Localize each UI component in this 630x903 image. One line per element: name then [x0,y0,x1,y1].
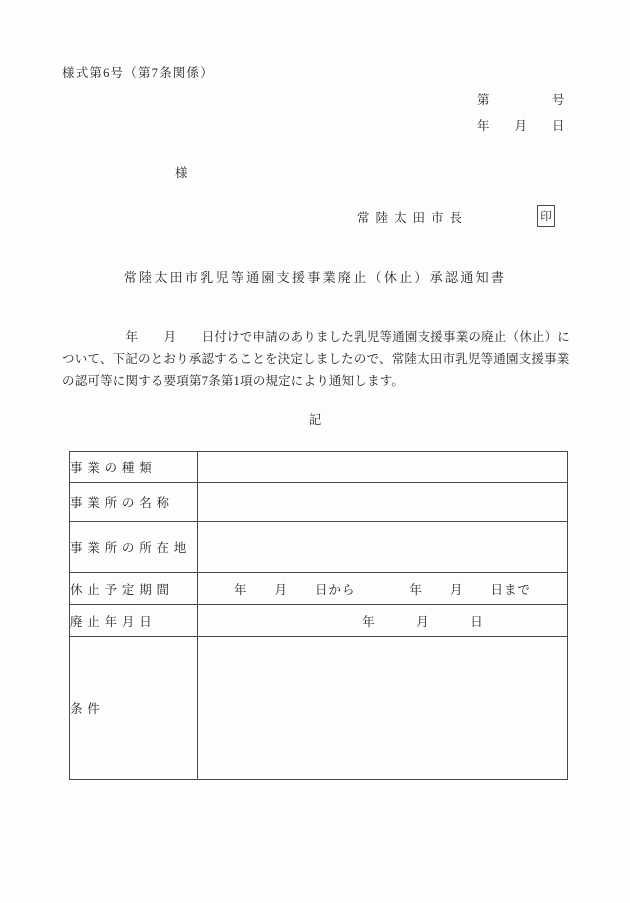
row-label-suspension-period: 休止予定期間 [70,573,198,605]
details-table: 事業の種類 事業所の名称 事業所の所在地 休止予定期間 年 月 日から 年 月 … [69,451,568,780]
body-line-1: 年 月 日付けで申請のありました乳児等通園支援事業の廃止（休止）に [62,326,574,348]
row-value-office-name [198,483,568,522]
document-title: 常陸太田市乳児等通園支援事業廃止（休止）承認通知書 [0,267,630,286]
document-page: 様式第6号（第7条関係） 第 号 年 月 日 様 常陸太田市長 印 常陸太田市乳… [0,0,630,903]
body-paragraph: 年 月 日付けで申請のありました乳児等通園支援事業の廃止（休止）に ついて、下記… [62,326,574,392]
row-label-office-name: 事業所の名称 [70,483,198,522]
table-row-suspension-period: 休止予定期間 年 月 日から 年 月 日まで [70,573,568,605]
document-number-placeholder: 第 号 [477,90,565,108]
record-marker: 記 [0,410,630,428]
body-line-3: の認可等に関する要項第7条第1項の規定により通知します。 [62,370,574,392]
body-line-2: ついて、下記のとおり承認することを決定しましたので、常陸太田市乳児等通園支援事業 [62,348,574,370]
row-value-conditions [198,637,568,780]
table-row-business-type: 事業の種類 [70,452,568,483]
row-label-conditions: 条件 [70,637,198,780]
row-value-business-type [198,452,568,483]
row-value-office-address [198,522,568,573]
recipient-honorific: 様 [175,163,188,181]
row-label-abolition-date: 廃止年月日 [70,605,198,637]
form-number: 様式第6号（第7条関係） [62,63,214,81]
row-value-abolition-date: 年 月 日 [198,605,568,637]
row-value-suspension-period: 年 月 日から 年 月 日まで [198,573,568,605]
row-label-business-type: 事業の種類 [70,452,198,483]
seal-stamp-box: 印 [537,205,555,227]
table-row-conditions: 条件 [70,637,568,780]
row-label-office-address: 事業所の所在地 [70,522,198,573]
sender-name: 常陸太田市長 [357,208,468,226]
seal-character: 印 [540,208,552,224]
table-row-office-name: 事業所の名称 [70,483,568,522]
table-row-office-address: 事業所の所在地 [70,522,568,573]
document-date-placeholder: 年 月 日 [477,116,565,134]
table-row-abolition-date: 廃止年月日 年 月 日 [70,605,568,637]
